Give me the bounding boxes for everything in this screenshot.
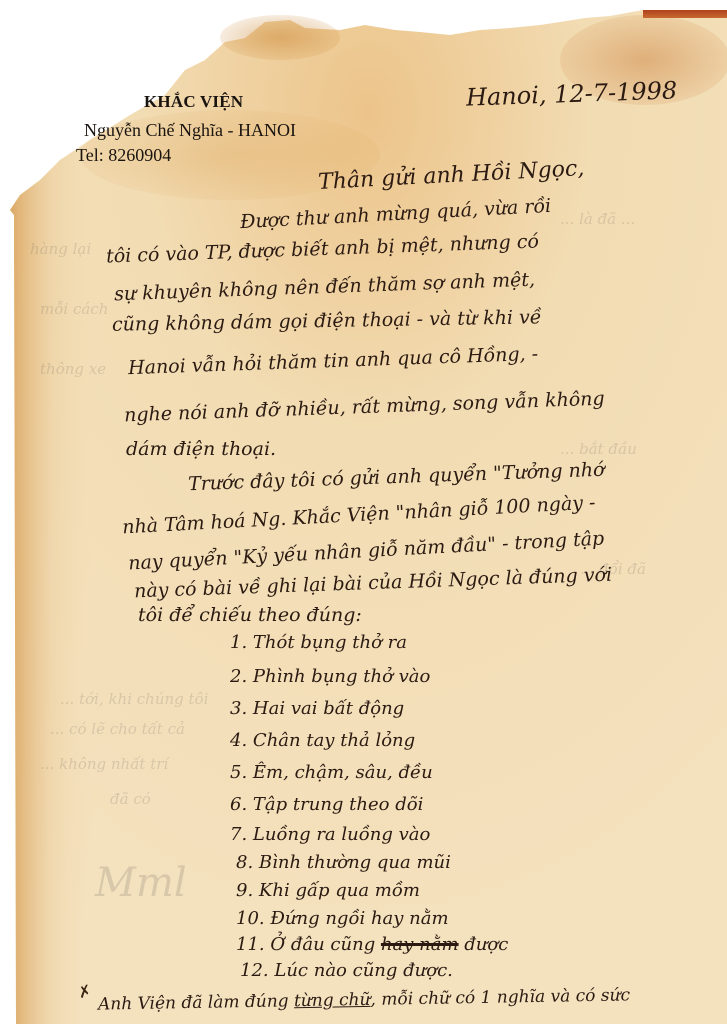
list-item: 5. Êm, chậm, sâu, đều xyxy=(230,764,433,782)
scanned-letter-page: hàng lại mỗi cách thông xe ... tới, khi … xyxy=(0,0,727,1024)
list-number: 5. xyxy=(230,762,247,783)
list-number: 7. xyxy=(230,824,247,845)
list-number: 1. xyxy=(230,632,247,653)
list-number: 8. xyxy=(236,852,253,873)
closing-underlined-text: từng chữ xyxy=(294,990,371,1011)
letterhead-name: KHẮC VIỆN xyxy=(144,92,243,112)
list-item: 7. Luồng ra luồng vào xyxy=(230,826,430,844)
bleed-through-text: ... có lẽ cho tất cả xyxy=(50,720,185,738)
list-number: 2. xyxy=(230,666,247,687)
list-text: Ở đâu cũng xyxy=(270,934,375,955)
list-text: Lúc nào cũng được. xyxy=(274,960,453,981)
list-text: Chân tay thả lỏng xyxy=(253,730,415,751)
list-item: 10. Đứng ngồi hay nằm xyxy=(236,910,449,928)
list-item: 2. Phình bụng thở vào xyxy=(230,668,430,686)
struck-text: hay nằm xyxy=(381,934,459,955)
list-number: 10. xyxy=(236,908,265,929)
letter-date: Hanoi, 12-7-1998 xyxy=(466,78,678,109)
list-item: 11. Ở đâu cũng hay nằm được xyxy=(236,936,508,954)
list-item: 3. Hai vai bất động xyxy=(230,700,404,718)
closing-text: Anh Viện đã làm đúng xyxy=(98,991,289,1014)
bleed-through-text: ... bắt đầu xyxy=(560,440,637,458)
list-number: 9. xyxy=(236,880,253,901)
body-line: dám điện thoại. xyxy=(126,440,276,459)
list-text: Đứng ngồi hay nằm xyxy=(270,908,448,929)
bleed-through-text: ... không nhất trí xyxy=(40,755,168,773)
torn-corner-edge xyxy=(643,10,727,18)
letterhead-address: Nguyễn Chế Nghĩa - HANOI xyxy=(84,120,296,141)
list-number: 12. xyxy=(240,960,269,981)
bleed-through-text: đã có xyxy=(110,790,151,808)
bleed-through-text: hàng lại xyxy=(30,240,91,258)
list-number: 3. xyxy=(230,698,247,719)
list-text: Khi gấp qua mồm xyxy=(259,880,420,901)
list-item: 8. Bình thường qua mũi xyxy=(236,854,451,872)
list-item: 6. Tập trung theo dõi xyxy=(230,796,423,814)
list-number: 4. xyxy=(230,730,247,751)
bleed-through-text: mỗi cách xyxy=(40,300,108,318)
list-text: Luồng ra luồng vào xyxy=(253,824,430,845)
body-line: tôi để chiếu theo đúng: xyxy=(138,606,362,625)
list-text: Tập trung theo dõi xyxy=(253,794,423,815)
list-text: Phình bụng thở vào xyxy=(253,666,430,687)
bleed-through-text: ... tới, khi chúng tôi xyxy=(60,690,208,708)
list-number: 6. xyxy=(230,794,247,815)
list-item: 12. Lúc nào cũng được. xyxy=(240,962,453,980)
list-item: 4. Chân tay thả lỏng xyxy=(230,732,415,750)
list-item: 1. Thót bụng thở ra xyxy=(230,634,407,652)
list-text: Bình thường qua mũi xyxy=(259,852,451,873)
list-text-correction: được xyxy=(464,934,508,955)
bleed-through-text: ... là đã ... xyxy=(560,210,635,228)
bleed-through-signature: Mml xyxy=(95,860,187,906)
list-text: Êm, chậm, sâu, đều xyxy=(253,762,433,783)
bleed-through-text: thông xe xyxy=(40,360,106,378)
list-text: Thót bụng thở ra xyxy=(253,632,407,653)
letterhead-phone: Tel: 8260904 xyxy=(76,145,171,166)
list-text: Hai vai bất động xyxy=(253,698,404,719)
list-number: 11. xyxy=(236,934,265,955)
list-item: 9. Khi gấp qua mồm xyxy=(236,882,420,900)
